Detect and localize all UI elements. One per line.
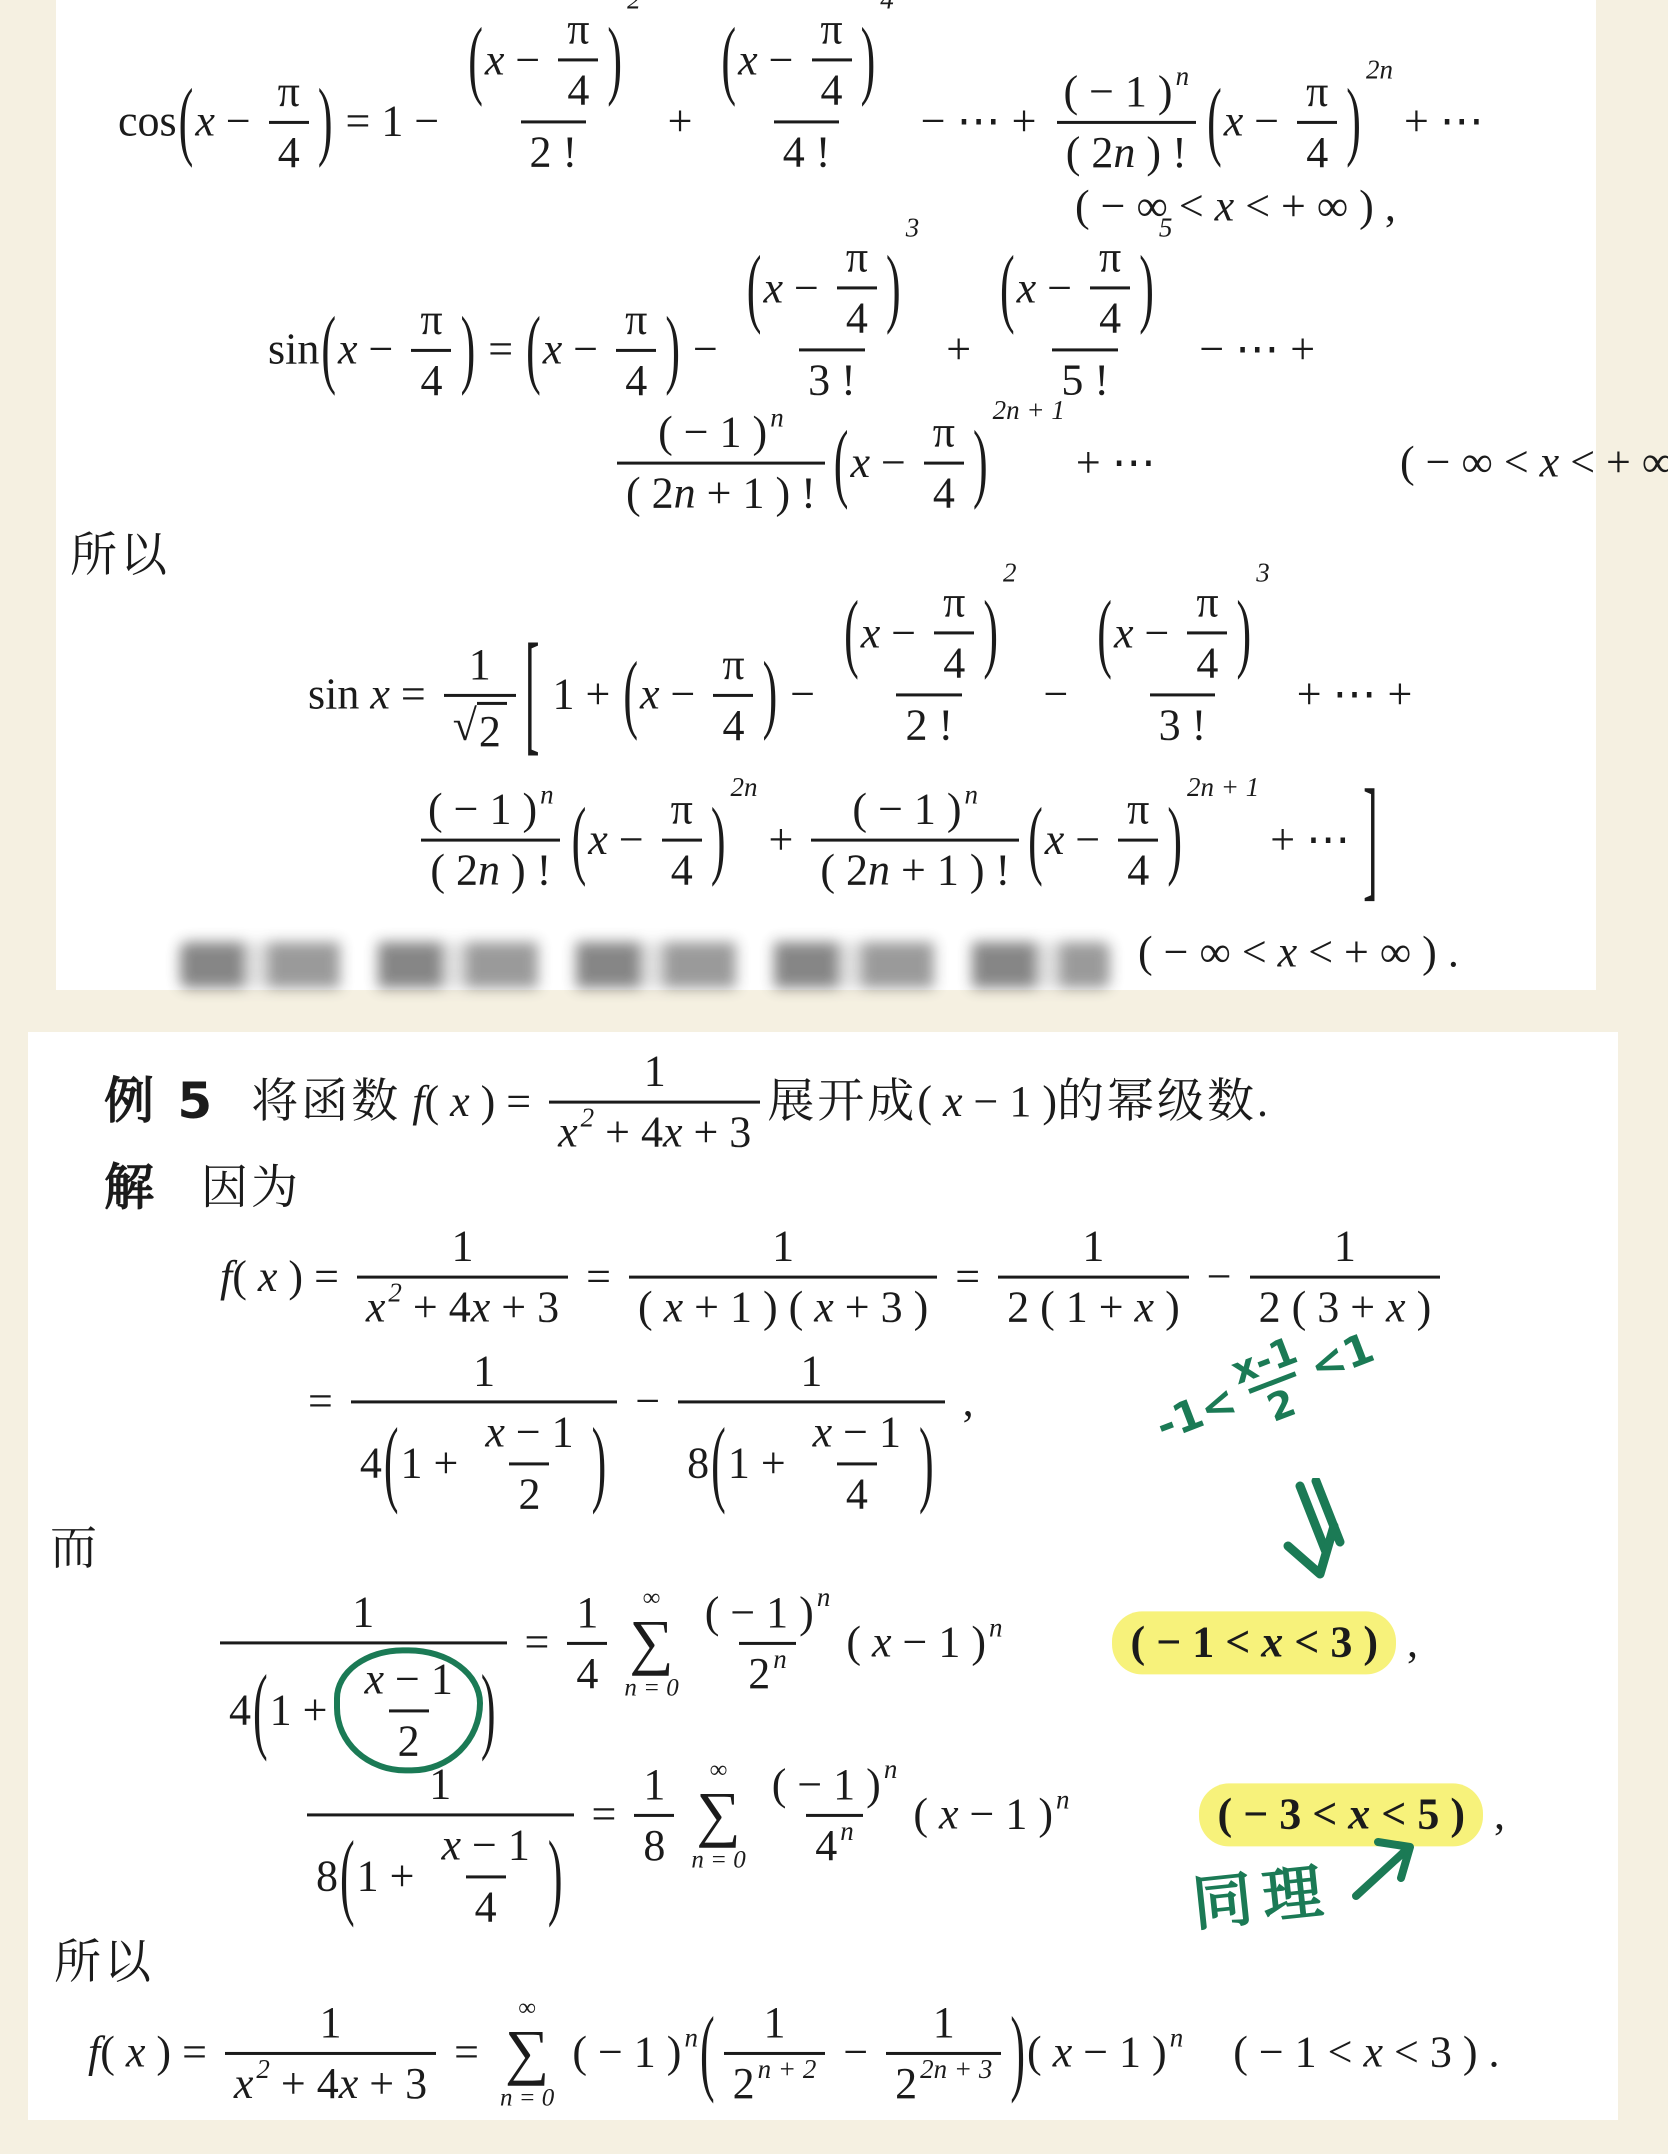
math-var: x [339,2060,359,2108]
math-text: = [443,2028,490,2079]
math-text: 1 [1082,1223,1104,1271]
math-text: 1 [644,1048,666,1096]
fraction-numerator: 1 [924,1999,964,2052]
math-fraction: ( − 1 )n( 2n ) ! [1054,68,1198,178]
math-text: ( − 1 ) [772,1761,881,1809]
math-fraction: 14 [567,1589,607,1699]
math-paren: ( [253,1657,268,1763]
math-var: x [370,670,390,721]
math-var: x [1386,1284,1406,1332]
math-var: x [1363,2028,1383,2079]
summation-sign: ∞∑n = 0 [624,1585,678,1700]
math-fraction: π4 [616,296,656,406]
fraction-denominator: ( 2n ) ! [1057,121,1196,177]
math-text: 4 [1099,295,1121,343]
math-text: = [514,1618,561,1669]
math-text: ) ! [1135,129,1186,177]
fraction-numerator: π [269,68,309,121]
math-text: + 3 [358,2060,427,2108]
math-text: π [278,68,300,116]
fraction-numerator: x − 1 [804,1409,910,1462]
math-var: x [861,609,881,657]
math-paren: ) [711,789,726,890]
fraction-denominator: 4 [1297,121,1337,177]
math-paren: ( [844,585,859,682]
hand-ineq-pre: -1< [1149,1376,1243,1451]
double-down-right-arrow-icon [1268,1478,1368,1588]
math-text: π [722,641,744,689]
fraction-numerator: ( − 1 )n [1054,68,1198,121]
fraction-denominator: 2 ! [896,693,962,749]
math-fraction: (x − π4)33 ! [1086,578,1278,749]
fraction-denominator: 4 [1090,287,1130,343]
label-suoyi-1: 所以 [70,529,170,583]
math-text: ( 2 [430,847,478,895]
math-var: x [640,670,660,721]
math-text: − [1243,97,1290,148]
math-var: x [1045,815,1065,866]
fraction-numerator: π [934,578,974,631]
math-text: − 1 [505,1409,574,1457]
math-text: 4 [1306,129,1328,177]
math-text: + 4 [270,2060,339,2108]
math-paren: ) [919,1410,934,1516]
math-text: 1 [772,1223,794,1271]
math-text: ) [1406,1284,1432,1332]
math-text: 4 [475,1883,497,1931]
math-fraction: 122n + 3 [886,1999,1001,2109]
math-exponent: n [884,1756,898,1783]
math-text: + 1 ) ! [696,470,816,518]
math-text: ( 2 [1066,129,1114,177]
fraction-denominator: 4 [269,121,309,177]
math-text: ( [100,2028,126,2079]
math-fraction: 14(1 + x − 12) [351,1347,618,1518]
math-text: − [562,325,609,376]
math-text: < + ∞ ) . [1297,928,1459,979]
summation-sign: ∞∑n = 0 [500,1995,554,2110]
math-paren: ( [700,1997,715,2108]
math-var: x [763,264,783,312]
math-text: ( − ∞ < [1075,182,1215,233]
eq-sin-taylor-series-cont: ( − 1 )n( 2n + 1 ) !(x − π4)2n + 1 + ⋯ [610,408,1156,518]
fraction-denominator: 4 [616,349,656,405]
math-text: ( [913,1790,939,1841]
math-exponent: 2n [731,775,758,802]
spacer [564,2053,572,2054]
math-paren: ) [763,644,778,745]
eq-sinx-combined-cont: ( − 1 )n( 2n ) !(x − π4)2n + ( − 1 )n( 2… [412,785,1380,895]
math-text: < 3 ) . [1383,2028,1499,2079]
fraction-denominator: 4 [466,1875,506,1931]
fraction-numerator: π [662,786,702,839]
spacer [1069,1814,1199,1815]
fraction-denominator: 4 [837,1462,877,1518]
math-text: − 1 [832,1409,901,1457]
fraction-numerator: π [837,233,877,286]
math-text: π [420,296,442,344]
math-fraction: π4 [1090,233,1130,343]
math-paren: ) [1010,1997,1025,2108]
label-er: 而 [50,1522,100,1576]
math-text: − [504,36,551,84]
textbook-page: { "colors": { "page_background": "#f5f0e… [0,0,1668,2154]
fraction-numerator: π [811,5,851,58]
fraction-numerator: (x − π4)3 [1086,578,1278,693]
math-paren: ( [711,1410,726,1516]
math-text: + [657,97,704,148]
math-paren: ) [983,585,998,682]
math-text: π [625,296,647,344]
math-paren: ) [665,299,680,400]
math-text: 4 [722,702,744,750]
cjk-text: 所以 [54,1936,154,1990]
math-text: − [1196,1252,1243,1303]
math-paren: ) [1167,789,1182,890]
fraction-denominator: 3 ! [1150,693,1216,749]
math-text: ( − 1 ) [705,1589,814,1637]
fraction-denominator: x2 + 4x + 3 [549,1101,760,1157]
math-text: + 4 [594,1109,663,1157]
math-text: − [682,325,729,376]
math-text: 1 [643,1761,665,1809]
math-text: = [390,670,437,721]
fraction-denominator: 4 [837,287,877,343]
math-paren: ( [1207,71,1222,172]
math-paren: ) [461,299,476,400]
math-text: − [832,2028,879,2079]
fraction-numerator: 1 [1073,1223,1113,1276]
math-text: 3 ! [1159,701,1207,749]
label-suoyi-2: 所以 [54,1936,154,1990]
fraction-denominator: 4 [662,839,702,895]
math-paren: ) [861,12,876,109]
math-paren: ( [721,12,736,109]
math-paren: ( [1000,240,1015,337]
sum-upper-limit: ∞ [518,1995,536,2020]
math-var: x [234,2060,254,2108]
math-text: 4 [1127,847,1149,895]
fraction-numerator: π [411,296,451,349]
math-text: 8 [316,1852,338,1900]
math-var: x [1261,1618,1283,1669]
math-text: 2 ! [530,128,578,176]
fraction-numerator: 1 [464,1347,504,1400]
sum-upper-limit: ∞ [710,1757,728,1782]
cjk-bold-text: 解 [104,1159,157,1217]
math-text: + [935,325,982,376]
fraction-numerator: 1 [420,1760,460,1813]
math-paren: ) [1139,240,1154,337]
math-text: 1 [429,1760,451,1808]
math-var: x [364,1656,384,1704]
fraction-denominator: 4(1 + x − 12) [351,1401,618,1519]
math-exponent: 2n [1366,56,1393,83]
math-text: ( − 1 < [1130,1618,1261,1669]
math-exponent: 2n + 3 [920,2056,992,2083]
math-text: 1 [473,1347,495,1395]
fraction-numerator: 1 [754,1999,794,2052]
math-text: 1 + [400,1439,469,1487]
math-text: 4 [1196,640,1218,688]
example5-title: 例 5将函数 f( x ) = 1x2 + 4x + 3展开成( x − 1 )… [104,1047,1268,1157]
math-text: < + ∞ ) , [1559,438,1668,489]
sum-upper-limit: ∞ [643,1585,661,1610]
math-var: x [450,1077,470,1128]
math-text: 1 [352,1588,374,1636]
fraction-denominator: √2 [444,694,516,756]
fraction-denominator: 4 [924,462,964,518]
math-text: 3 ! [808,356,856,404]
math-text: = [477,325,524,376]
math-text: 1 [469,641,491,689]
math-var: x [1348,1790,1370,1841]
math-text: + [758,815,805,866]
math-fraction: π4 [269,68,309,178]
math-bracket: [ [525,617,540,774]
cjk-text: 而 [50,1522,100,1576]
math-text: 1 + [542,670,622,721]
math-fraction: 18(1 + x − 14) [678,1347,945,1518]
math-text: ) [1154,1284,1180,1332]
math-text: = [581,1790,628,1841]
math-text: − [358,325,405,376]
math-text: ( − ∞ < [1138,928,1278,979]
math-text: 1 [452,1223,474,1271]
math-text: , [1483,1790,1505,1841]
math-text: 4 [821,67,843,115]
math-bracket: ] [1363,762,1378,919]
math-text: ( 2 [626,470,674,518]
math-text: π [846,233,868,281]
math-text: − 1 [384,1656,453,1704]
math-text: − [1036,264,1083,312]
math-text: 1 [1334,1223,1356,1271]
math-text: − [608,815,655,866]
math-text: − [870,438,917,489]
math-paren: ( [1097,585,1112,682]
math-var: x [126,2028,146,2079]
up-right-arrow-icon [1348,1834,1420,1906]
math-text: ( − 1 ) [658,409,767,457]
fraction-numerator: π [1187,578,1227,631]
math-text: − [1064,815,1111,866]
math-fraction: π4 [1118,786,1158,896]
math-fraction: 1x2 + 4x + 3 [225,1999,436,2109]
math-text: 4 [846,1470,868,1518]
sigma-icon: ∑ [629,1610,673,1675]
math-text: π [1127,786,1149,834]
math-exponent: 2 [627,0,641,14]
spacer [215,1102,251,1103]
fraction-denominator: 8(1 + x − 14) [678,1401,945,1519]
math-fraction: ( − 1 )n4n [763,1761,907,1871]
math-text: 8 [687,1439,709,1487]
math-fraction: 1x2 + 4x + 3 [549,1048,760,1158]
math-var: x [813,1409,833,1457]
eq-partial-fractions-cont: = 14(1 + x − 12) − 18(1 + x − 14) , [308,1316,974,1487]
cjk-bold-text: 例 5 [104,1073,215,1131]
math-text: 5 ! [1061,356,1109,404]
fraction-numerator: 1 [634,1761,674,1814]
math-var: x [485,1409,505,1457]
fraction-numerator: ( − 1 )n [696,1589,840,1642]
math-exponent: n [989,1614,1003,1641]
math-fraction: π4 [934,578,974,688]
math-text: + ⋯ + [1286,670,1413,721]
math-fraction: π4 [713,641,753,751]
math-var: x [850,438,870,489]
math-exponent: n [817,1584,831,1611]
fraction-numerator: 1 [311,1999,351,2052]
math-var: n [478,847,500,895]
tongli-text: 同理 [1189,1856,1336,1940]
math-var: x [588,815,608,866]
math-paren: ( [572,789,587,890]
math-exponent: n [840,1818,854,1845]
math-text: 1 [800,1347,822,1395]
math-text: ( [424,1077,450,1128]
math-text: 4 [576,1650,598,1698]
math-var: x [441,1822,461,1870]
sigma-icon: ∑ [696,1782,740,1847]
math-text: ( − 1 ) [572,2028,681,2079]
fraction-denominator: 4 [934,632,974,688]
math-fraction: ( − 1 )n( 2n ) ! [419,786,563,896]
math-var: n [868,847,890,895]
math-text: 4 [229,1686,251,1734]
math-text: < 3 ) [1283,1618,1378,1669]
math-text: − 1 ) [959,1790,1053,1841]
math-text: 1 + [270,1686,339,1734]
math-var: n [1113,129,1135,177]
math-text: 4 [671,847,693,895]
math-fraction: x − 14 [432,1822,538,1932]
interval-sin: ( − ∞ < x < + ∞ ) , [1400,438,1668,489]
fraction-denominator: 4 [812,59,852,115]
math-text: π [1099,233,1121,281]
math-text: < 5 ) [1370,1790,1465,1841]
fraction-denominator: ( 2n + 1 ) ! [617,462,825,518]
math-text: 2 ! [905,701,953,749]
math-text: 4 [815,1822,837,1870]
math-text: − 1 ) [892,1618,986,1669]
math-text: − [1032,670,1079,721]
fraction-denominator: 4 [558,59,598,115]
math-text: − [660,670,707,721]
math-fraction: π4 [1187,578,1227,688]
interval-cos: ( − ∞ < x < + ∞ ) , [1075,182,1396,233]
math-var: f [401,1077,424,1128]
fraction-numerator: π [924,409,964,462]
blurred-text-remnant [180,942,1110,988]
math-exponent: 4 [880,0,894,14]
math-exponent: 2 [256,2056,270,2083]
fraction-denominator: 2n + 2 [724,2052,826,2108]
math-text: 2 ( 1 + [1007,1284,1134,1332]
math-var: x [939,1790,959,1841]
math-var: n [674,470,696,518]
fraction-numerator: π [1118,786,1158,839]
math-fraction: (x − π4)44 ! [710,5,902,176]
math-text: < + ∞ ) , [1234,182,1396,233]
math-text: π [943,578,965,626]
fraction-numerator: (x − π4)4 [710,5,902,120]
sum-lower-limit: n = 0 [500,2086,554,2111]
math-exponent: n [1056,1786,1070,1813]
math-var: x [1215,182,1235,233]
math-text: = 1 − [335,97,451,148]
math-text: 4 [420,357,442,405]
math-exponent: n + 2 [758,2056,817,2083]
fraction-numerator: x − 1 [476,1409,582,1462]
fraction-denominator: 2 [509,1462,549,1518]
math-fraction: 12 ( 1 + x ) [998,1223,1189,1333]
fraction-numerator: 1 [635,1048,675,1101]
math-text: − [1133,609,1180,657]
eq-final-result: f( x ) = 1x2 + 4x + 3 = ∞∑n = 0( − 1 )n(… [88,1995,1499,2110]
math-text: 4 [567,67,589,115]
yellow-highlight: ( − 1 < x < 3 ) [1112,1612,1396,1675]
math-text: ( − ∞ < [1400,438,1540,489]
math-text: π [567,5,589,53]
math-text: ( [232,1252,258,1303]
math-exponent: n [684,2025,698,2052]
math-text: − [624,1377,671,1428]
math-text: π [933,409,955,457]
eq-geometric-series-1: 14(1 + x − 12) = 14∞∑n = 0( − 1 )n2n( x … [213,1551,1418,1734]
math-var: x [1224,97,1244,148]
math-fraction: π4 [837,233,877,343]
math-paren: ) [318,71,333,172]
fraction-numerator: 1 [1325,1223,1365,1276]
math-exponent: 2 [581,1105,595,1132]
math-text: ( − 1 < [1233,2028,1363,2079]
math-text: = [944,1252,991,1303]
math-text: − [215,97,262,148]
label-jie-yinwei: 解因为 [104,1159,301,1217]
fraction-denominator: 2n [739,1642,796,1698]
fraction-numerator: π [616,296,656,349]
math-fraction: 1√2 [444,641,516,757]
math-text: ) = [277,1252,349,1303]
math-paren: ( [623,644,638,745]
math-text: π [820,5,842,53]
math-text: − [783,264,830,312]
math-paren: ) [886,240,901,337]
math-fraction: x − 12 [476,1409,582,1519]
math-fraction: (x − π4)22 ! [833,578,1025,749]
math-text: − [758,36,805,84]
math-exponent: 5 [1159,215,1173,242]
eq-sinx-combined: sin x = 1√2[ 1 + (x − π4) − (x − π4)22 !… [308,609,1412,780]
math-text: − [880,609,927,657]
fraction-denominator: 4 [1118,839,1158,895]
math-exponent: n [770,404,784,431]
math-paren: ) [1237,585,1252,682]
yellow-highlight: ( − 3 < x < 5 ) [1199,1784,1483,1847]
math-exponent: 2n + 1 [1187,775,1259,802]
math-text: ( [917,1077,943,1128]
math-var: x [1114,609,1134,657]
math-paren: ) [592,1410,607,1516]
math-text: 4 [625,357,647,405]
fraction-numerator: π [1090,233,1130,286]
cjk-text: 的幂级数 [1057,1075,1257,1129]
math-var: f [88,2028,100,2079]
math-text: 2 [895,2060,917,2108]
radicand: 2 [477,702,507,756]
